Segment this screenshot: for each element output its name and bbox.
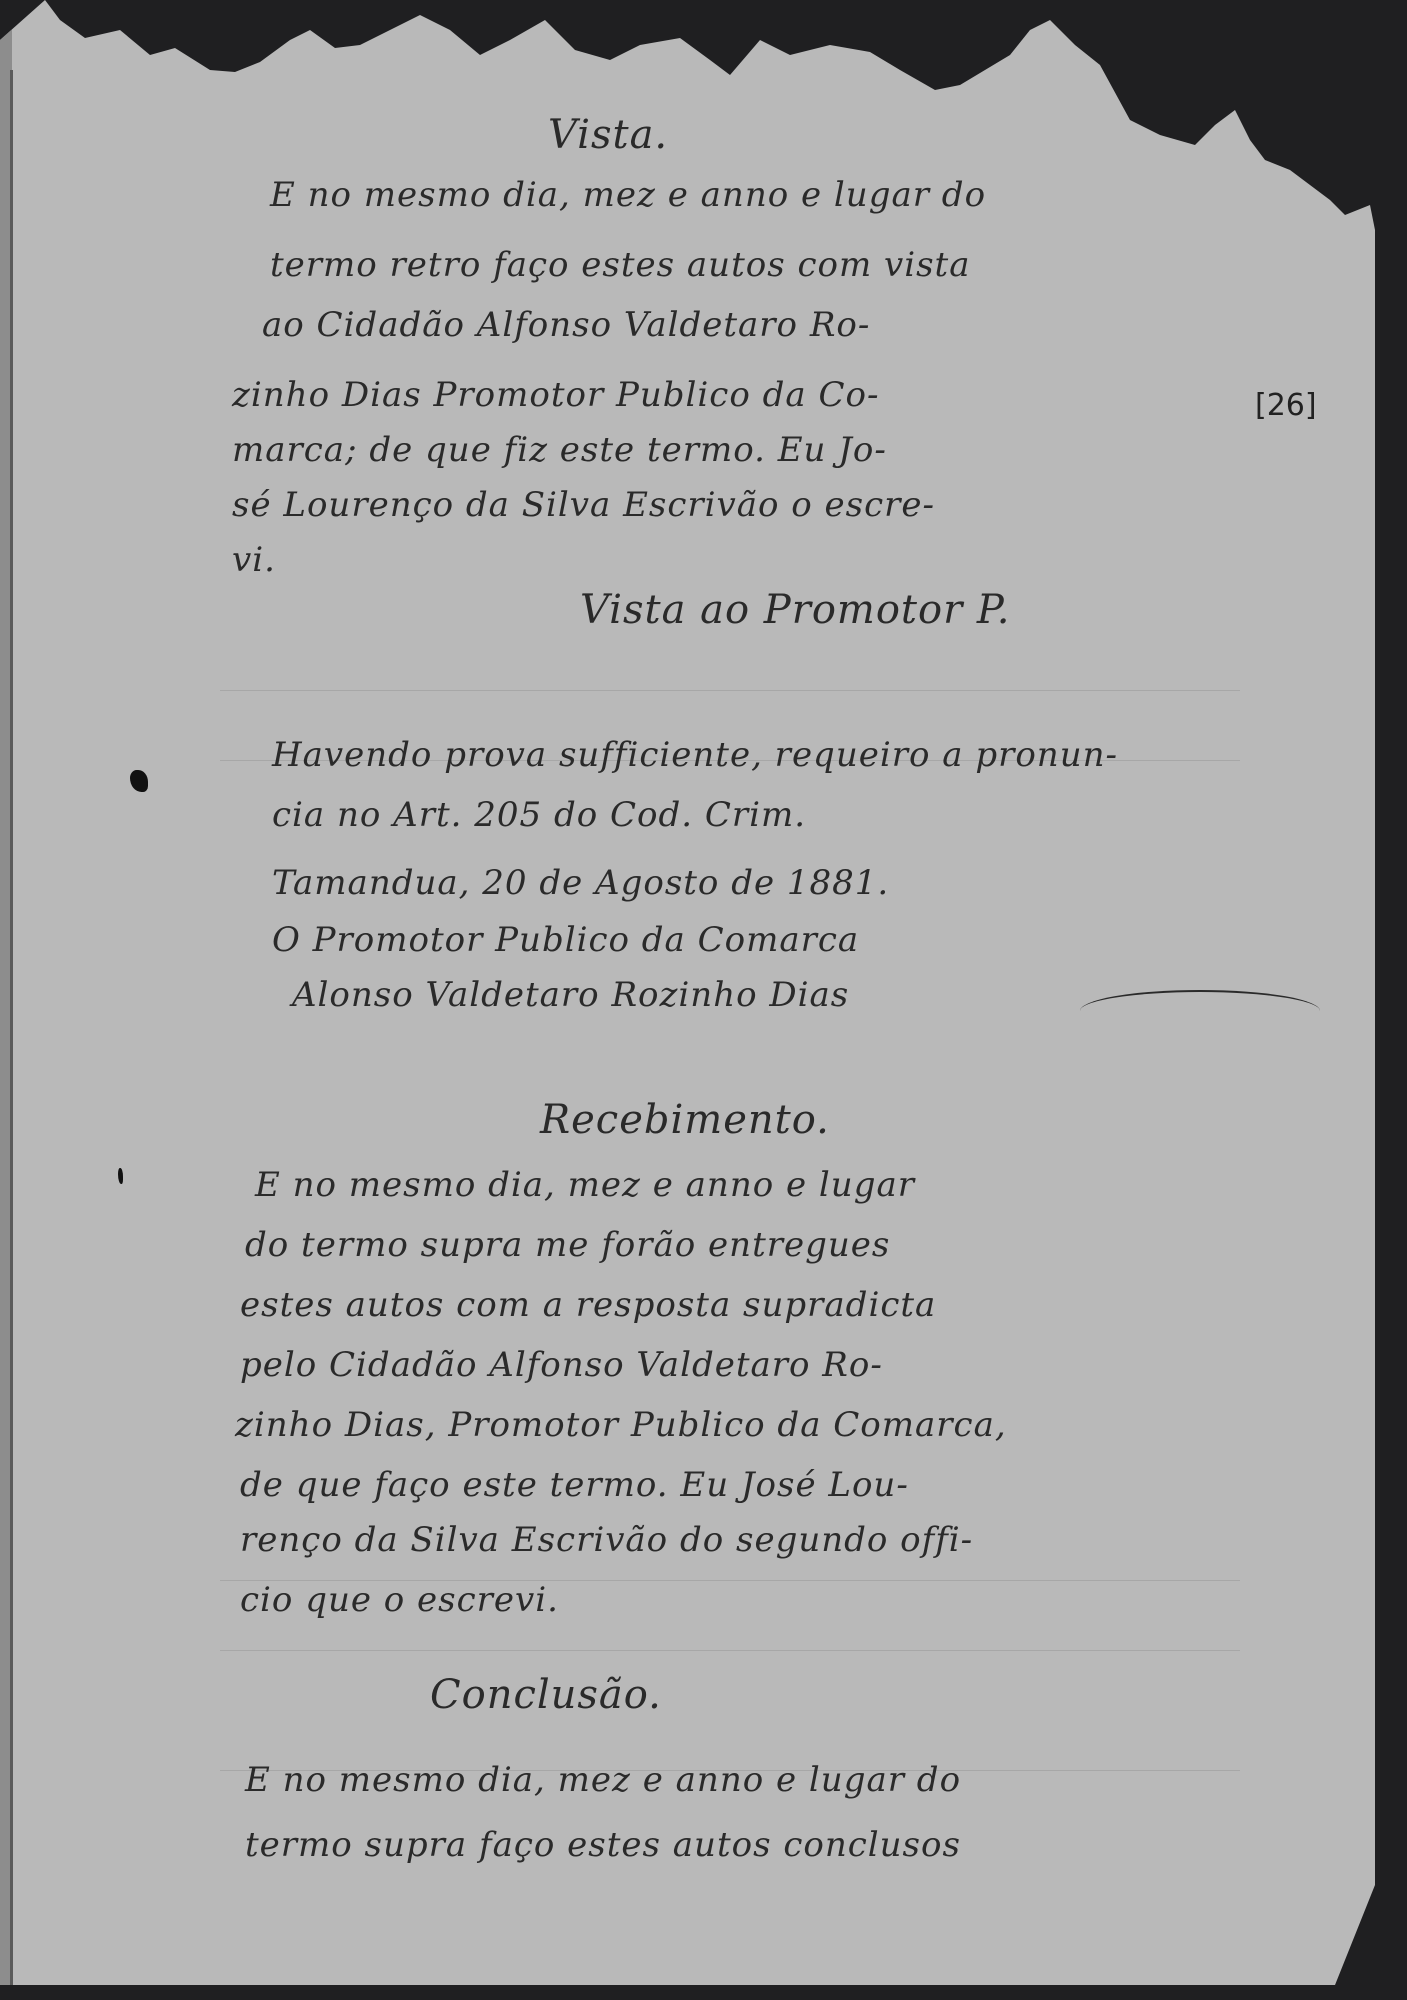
vista-ao-promotor: Vista ao Promotor P. <box>580 575 1010 645</box>
binding-line <box>10 70 13 1990</box>
text-line: ao Cidadão Alfonso Valdetaro Ro- <box>262 290 870 360</box>
section-heading-conclusao: Conclusão. <box>430 1660 662 1730</box>
section-heading-recebimento: Recebimento. <box>540 1085 830 1155</box>
manuscript-page: [26] Vista. E no mesmo dia, mez e anno e… <box>0 0 1407 2000</box>
signature-flourish <box>1080 990 1320 1032</box>
signature-name: Alonso Valdetaro Rozinho Dias <box>292 960 849 1030</box>
ink-blot <box>130 770 148 792</box>
text-line: termo supra faço estes autos conclusos <box>245 1810 961 1880</box>
text-line: vi. <box>232 525 276 595</box>
text-line: cio que o escrevi. <box>240 1565 559 1635</box>
ink-blot <box>118 1168 123 1184</box>
text-line: cia no Art. 205 do Cod. Crim. <box>272 780 806 850</box>
text-line: sé Lourenço da Silva Escrivão o escre- <box>232 470 935 540</box>
bleed-through-line <box>220 690 1240 691</box>
bleed-through-line <box>220 1650 1240 1651</box>
text-line: E no mesmo dia, mez e anno e lugar do <box>270 160 986 230</box>
text-line: E no mesmo dia, mez e anno e lugar do <box>245 1745 961 1815</box>
folio-number: [26] <box>1255 388 1317 423</box>
